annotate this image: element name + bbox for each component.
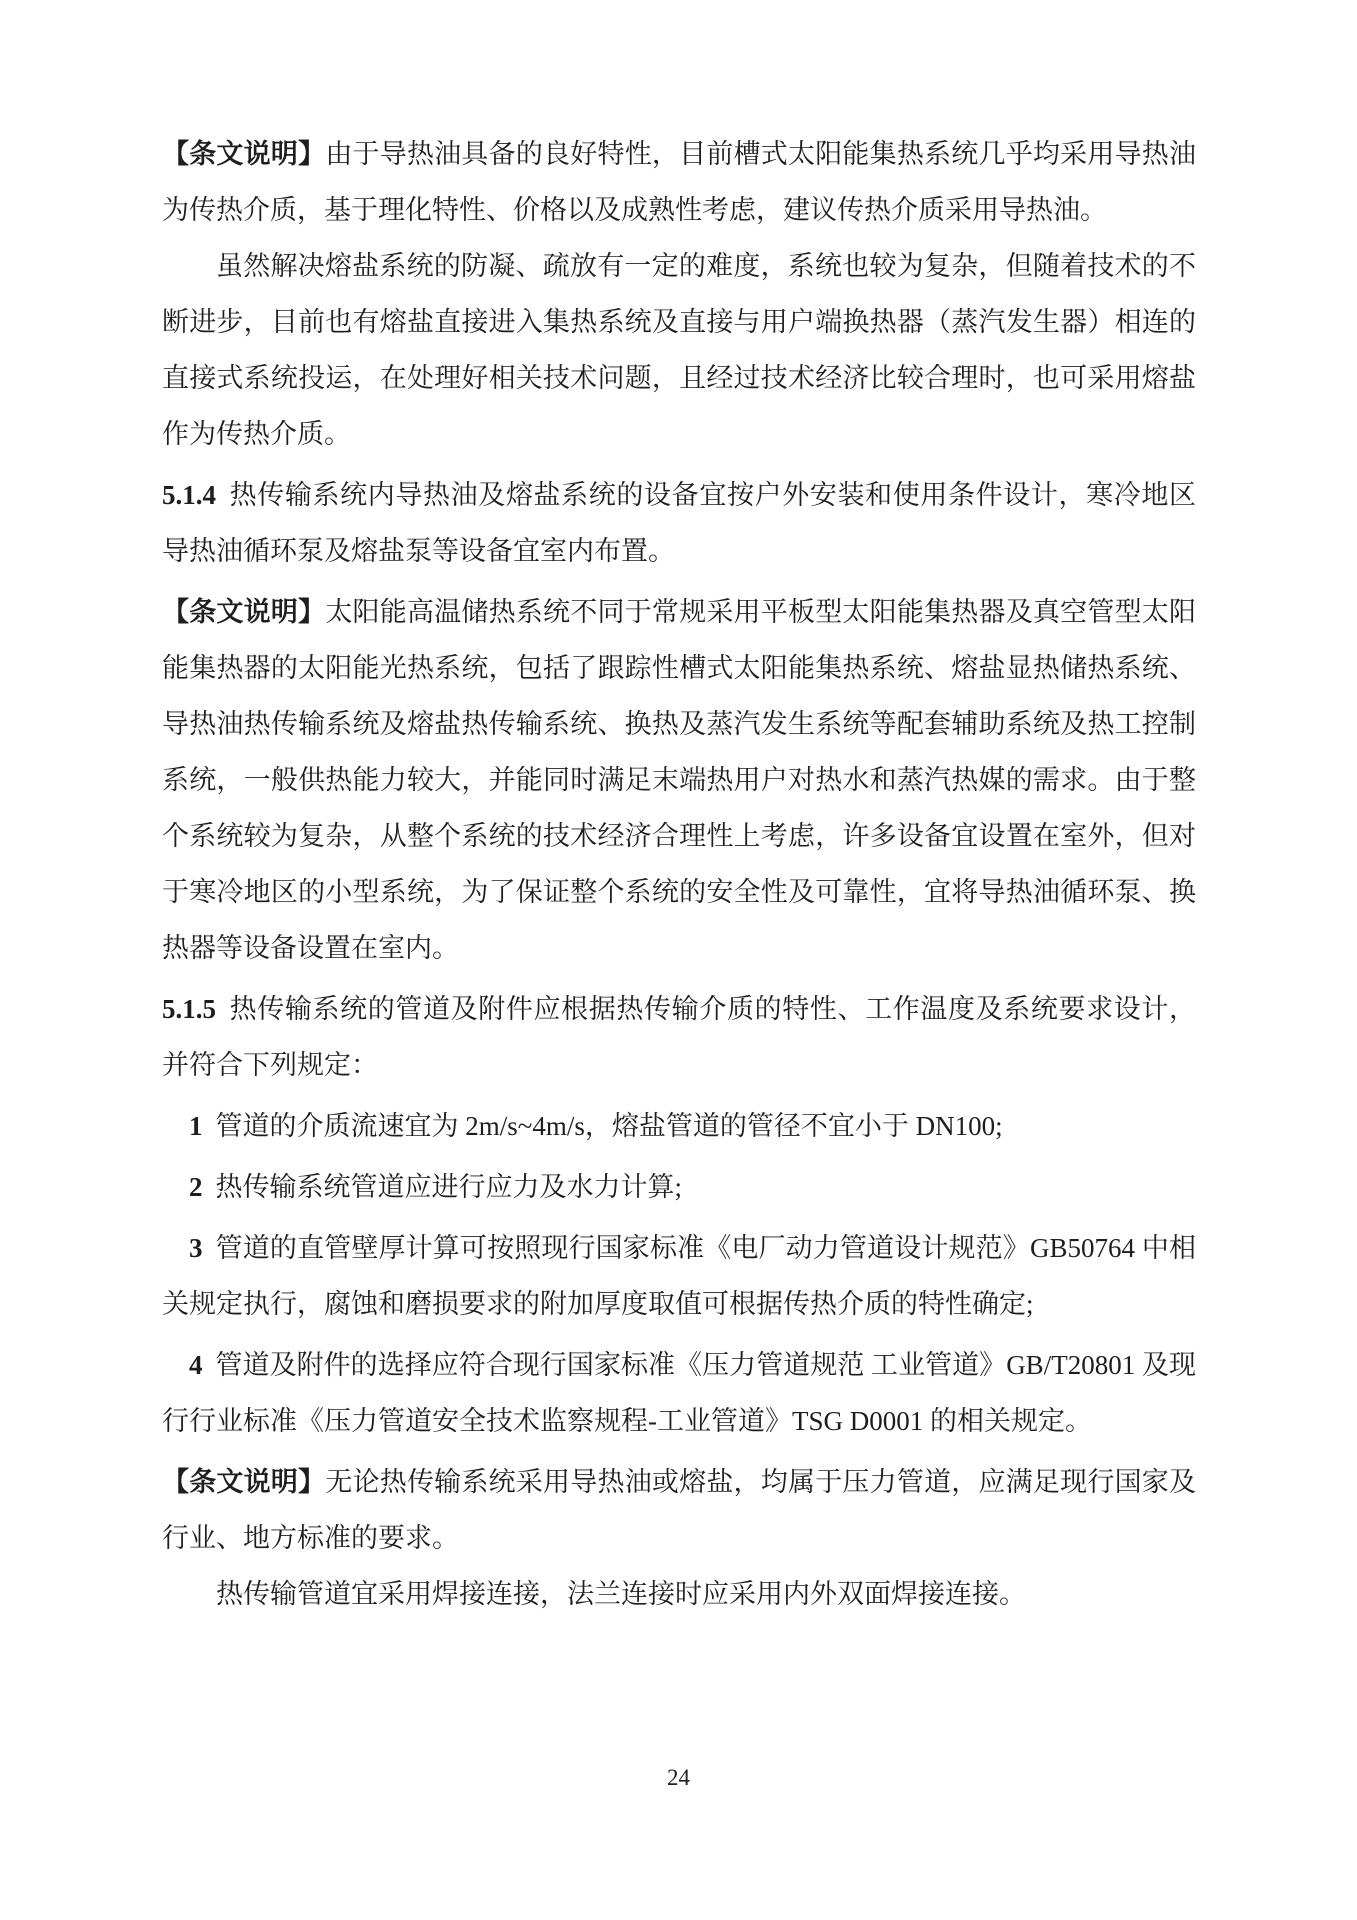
- paragraph-text: 管道的直管壁厚计算可按照现行国家标准《电厂动力管道设计规范》GB50764 中相…: [162, 1233, 1196, 1319]
- clause-number: 5.1.5: [162, 994, 216, 1024]
- commentary-paragraph: 【条文说明】太阳能高温储热系统不同于常规采用平板型太阳能集热器及真空管型太阳能集…: [162, 584, 1196, 976]
- commentary-paragraph: 【条文说明】无论热传输系统采用导热油或熔盐，均属于压力管道，应满足现行国家及行业…: [162, 1454, 1196, 1566]
- paragraph-text: 管道的介质流速宜为 2m/s~4m/s，熔盐管道的管径不宜小于 DN100;: [216, 1111, 1003, 1141]
- paragraph-text: 管道及附件的选择应符合现行国家标准《压力管道规范 工业管道》GB/T20801 …: [162, 1350, 1196, 1436]
- list-item-number: 2: [189, 1172, 203, 1202]
- document-body: 【条文说明】由于导热油具备的良好特性，目前槽式太阳能集热系统几乎均采用导热油为传…: [162, 126, 1196, 1622]
- paragraph-text: 热传输系统的管道及附件应根据热传输介质的特性、工作温度及系统要求设计，并符合下列…: [162, 994, 1196, 1080]
- commentary-label: 【条文说明】: [162, 1467, 325, 1497]
- list-item-number: 3: [189, 1233, 203, 1263]
- list-item-paragraph: 1管道的介质流速宜为 2m/s~4m/s，熔盐管道的管径不宜小于 DN100;: [162, 1098, 1196, 1154]
- paragraph-text: 热传输系统内导热油及熔盐系统的设备宜按户外安装和使用条件设计，寒冷地区导热油循环…: [162, 480, 1196, 566]
- paragraph-text: 热传输管道宜采用焊接连接，法兰连接时应采用内外双面焊接连接。: [216, 1579, 1026, 1609]
- list-item-number: 4: [189, 1350, 203, 1380]
- body-paragraph: 热传输管道宜采用焊接连接，法兰连接时应采用内外双面焊接连接。: [162, 1566, 1196, 1622]
- paragraph-text: 太阳能高温储热系统不同于常规采用平板型太阳能集热器及真空管型太阳能集热器的太阳能…: [162, 597, 1196, 963]
- list-item-paragraph: 4管道及附件的选择应符合现行国家标准《压力管道规范 工业管道》GB/T20801…: [162, 1337, 1196, 1449]
- clause-number: 5.1.4: [162, 480, 216, 510]
- clause-paragraph: 5.1.5热传输系统的管道及附件应根据热传输介质的特性、工作温度及系统要求设计，…: [162, 981, 1196, 1093]
- commentary-label: 【条文说明】: [162, 597, 325, 627]
- commentary-label: 【条文说明】: [162, 139, 325, 169]
- page-number: 24: [0, 1758, 1357, 1798]
- paragraph-text: 热传输系统管道应进行应力及水力计算;: [216, 1172, 683, 1202]
- commentary-paragraph: 【条文说明】由于导热油具备的良好特性，目前槽式太阳能集热系统几乎均采用导热油为传…: [162, 126, 1196, 238]
- document-page: 【条文说明】由于导热油具备的良好特性，目前槽式太阳能集热系统几乎均采用导热油为传…: [0, 0, 1357, 1920]
- list-item-number: 1: [189, 1111, 203, 1141]
- list-item-paragraph: 2热传输系统管道应进行应力及水力计算;: [162, 1159, 1196, 1215]
- paragraph-text: 虽然解决熔盐系统的防凝、疏放有一定的难度，系统也较为复杂，但随着技术的不断进步，…: [162, 251, 1196, 449]
- clause-paragraph: 5.1.4热传输系统内导热油及熔盐系统的设备宜按户外安装和使用条件设计，寒冷地区…: [162, 467, 1196, 579]
- list-item-paragraph: 3管道的直管壁厚计算可按照现行国家标准《电厂动力管道设计规范》GB50764 中…: [162, 1220, 1196, 1332]
- body-paragraph: 虽然解决熔盐系统的防凝、疏放有一定的难度，系统也较为复杂，但随着技术的不断进步，…: [162, 238, 1196, 462]
